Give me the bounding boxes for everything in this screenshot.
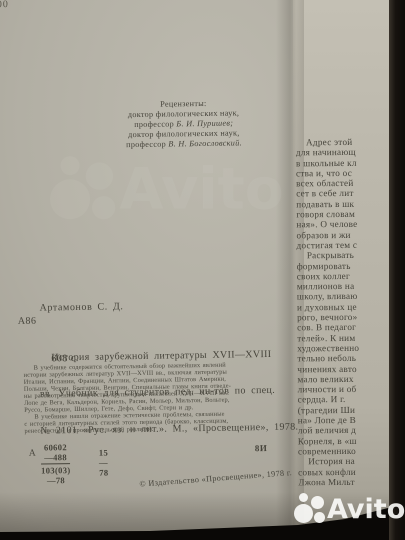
author-line: Артамонов С. Д.: [39, 301, 123, 313]
catalog-tail: 15—78: [99, 448, 109, 478]
text-line: совых конфли: [298, 466, 390, 477]
text-line: художественно: [297, 343, 389, 354]
avito-logo-dot: [299, 493, 308, 502]
avito-logo-dot: [294, 504, 313, 523]
copyright-line: © Издательство «Просвещение», 1978 г.: [139, 468, 292, 488]
avito-logo-icon: [293, 491, 327, 528]
text-line: говоря словам: [296, 209, 388, 220]
text-line: в школьные кл: [296, 157, 388, 168]
text-line: своих коллег: [297, 271, 389, 282]
text-line: телей». К ним: [297, 332, 389, 343]
text-line: Корнеля, в «ш: [298, 435, 390, 446]
text-line: лой величия д: [298, 425, 390, 436]
text-line: личности и об: [298, 384, 390, 395]
text-line: для начинающ: [296, 147, 388, 158]
text-line: мало великих: [297, 374, 389, 385]
avito-watermark-text: Avito: [327, 496, 405, 523]
text-line: современнико: [298, 446, 390, 457]
subject-code: 8И: [255, 443, 268, 453]
text-line: и духовных це: [297, 301, 389, 312]
text-line: ства и, что ос: [296, 168, 388, 179]
catalog-index: А86: [18, 316, 37, 328]
book-photo: Avito 00 Рецензенты: доктор филологическ…: [0, 0, 405, 540]
text-line: на» Лопе де В: [298, 415, 390, 426]
text-line: подавать в шк: [296, 198, 388, 209]
text-line: Раскрывать: [297, 250, 389, 261]
text-line: ная». О челове: [296, 219, 388, 230]
reviewers-block: Рецензенты: доктор филологических наук, …: [73, 98, 294, 151]
right-edge-dark: [389, 0, 405, 540]
reviewer-name: Б. И. Пуришев;: [176, 118, 233, 128]
reviewer-title: профессор: [126, 140, 168, 150]
text-line: сердца. И г.: [298, 394, 390, 405]
page-corner-fragment: 00: [0, 0, 9, 10]
text-line: рого, вечного»: [297, 312, 389, 323]
avito-watermark: Avito: [293, 491, 405, 528]
text-line: формировать: [297, 260, 389, 271]
text-line: Джона Мильт: [298, 476, 390, 485]
text-line: достигая тем с: [297, 240, 389, 251]
catalog-denominator: 103(03)—78: [41, 464, 71, 485]
text-line: сов. В педагог: [297, 322, 389, 333]
text-line: всех областей: [296, 178, 388, 189]
reviewer-line: профессор В. Н. Богословский.: [74, 138, 294, 151]
catalog-fraction: 60602—488 103(03)—78: [41, 442, 71, 485]
text-line: История на: [298, 456, 390, 467]
text-line: школу, вливаю: [297, 291, 389, 302]
text-line: миллионов на: [297, 281, 389, 292]
avito-logo-dot: [311, 496, 324, 509]
text-line: сет в себе лит: [296, 188, 388, 199]
reviewer-title: профессор: [134, 119, 176, 129]
catalog-letter: А: [29, 449, 36, 459]
text-line: (трагедии Ши: [298, 404, 390, 415]
annotation-block: В учебнике содержится обстоятельный обзо…: [23, 361, 296, 435]
page-count: 608 с.: [51, 353, 79, 364]
text-line: тельно неболь: [297, 353, 389, 364]
facing-page-text: Адрес этойдля начинающв школьные клства …: [296, 137, 390, 486]
text-line: образов и жи: [296, 229, 388, 240]
avito-logo-dot: [314, 512, 325, 523]
text-line: Адрес этой: [296, 137, 388, 148]
catalog-numerator: 60602—488: [41, 442, 71, 464]
reviewer-name: В. Н. Богословский.: [168, 138, 242, 148]
text-line: чинениях авто: [297, 363, 389, 374]
